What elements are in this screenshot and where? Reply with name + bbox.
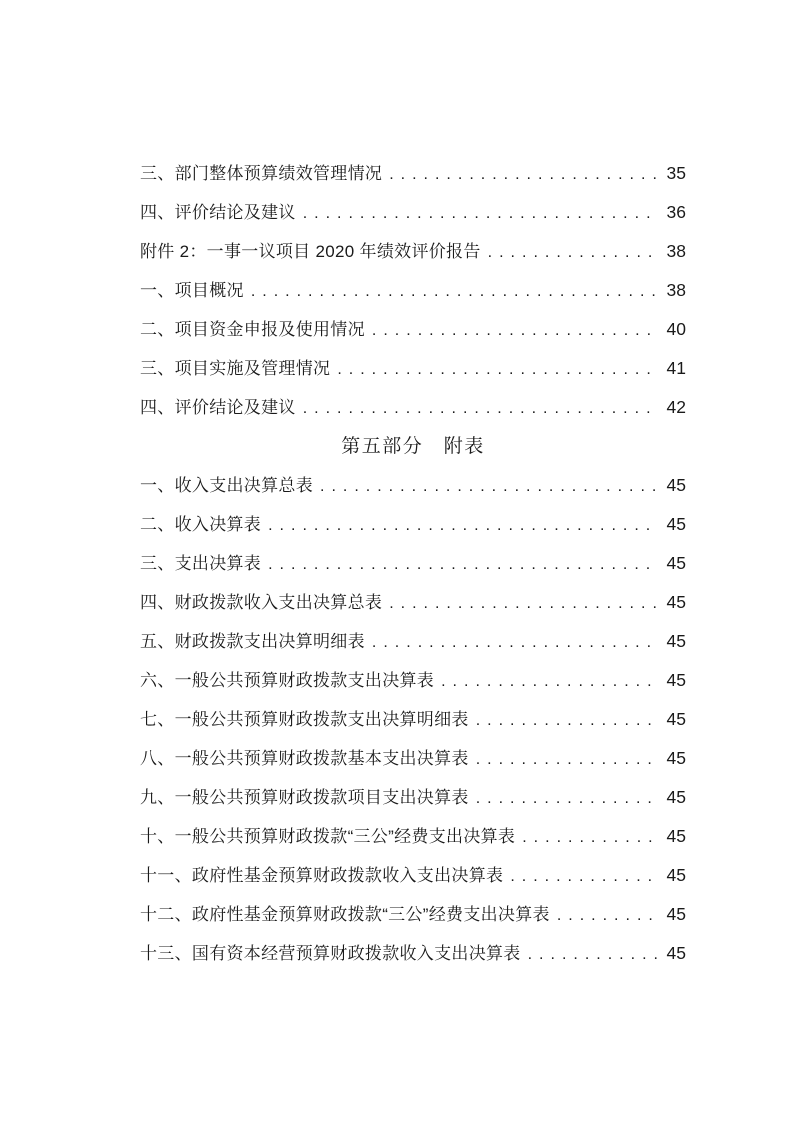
- dot-leader: [303, 194, 657, 233]
- dot-leader: [476, 740, 657, 779]
- toc-entry: 四、评价结论及建议 42: [140, 388, 686, 427]
- toc-entry-page-number: 38: [662, 271, 686, 310]
- toc-entry: 二、项目资金申报及使用情况 40: [140, 310, 686, 349]
- dot-leader: [268, 506, 657, 545]
- dot-leader: [372, 623, 657, 662]
- toc-entry-page-number: 45: [662, 661, 686, 700]
- toc-entry: 四、评价结论及建议 36: [140, 193, 686, 232]
- toc-entry-page-number: 45: [662, 817, 686, 856]
- toc-entry-title: 附件 2：一事一议项目 2020 年绩效评价报告: [140, 232, 481, 271]
- toc-entry-page-number: 35: [662, 154, 686, 193]
- toc-entry: 四、财政拨款收入支出决算总表 45: [140, 583, 686, 622]
- toc-entry-page-number: 45: [662, 739, 686, 778]
- dot-leader: [476, 701, 657, 740]
- toc-entry-title: 四、财政拨款收入支出决算总表: [140, 583, 382, 622]
- toc-entry-page-number: 45: [662, 622, 686, 661]
- toc-entry: 一、收入支出决算总表 45: [140, 466, 686, 505]
- dot-leader: [476, 779, 657, 818]
- toc-entry-page-number: 41: [662, 349, 686, 388]
- toc-entry-page-number: 40: [662, 310, 686, 349]
- dot-leader: [510, 857, 657, 896]
- document-page: 三、部门整体预算绩效管理情况 35 四、评价结论及建议 36 附件 2：一事一议…: [0, 0, 793, 1122]
- dot-leader: [389, 584, 657, 623]
- toc-entry: 七、一般公共预算财政拨款支出决算明细表 45: [140, 700, 686, 739]
- dot-leader: [389, 155, 657, 194]
- toc-entry-page-number: 45: [662, 544, 686, 583]
- toc-entry: 二、收入决算表 45: [140, 505, 686, 544]
- toc-entry-title: 十二、政府性基金预算财政拨款“三公”经费支出决算表: [140, 895, 550, 934]
- toc-entry-page-number: 45: [662, 700, 686, 739]
- toc-entry-title: 一、收入支出决算总表: [140, 466, 313, 505]
- toc-entry-title: 二、项目资金申报及使用情况: [140, 310, 365, 349]
- toc-entry: 九、一般公共预算财政拨款项目支出决算表 45: [140, 778, 686, 817]
- table-of-contents: 三、部门整体预算绩效管理情况 35 四、评价结论及建议 36 附件 2：一事一议…: [140, 154, 686, 973]
- toc-entry-title: 九、一般公共预算财政拨款项目支出决算表: [140, 778, 469, 817]
- toc-entry: 十一、政府性基金预算财政拨款收入支出决算表 45: [140, 856, 686, 895]
- toc-entry: 附件 2：一事一议项目 2020 年绩效评价报告 38: [140, 232, 686, 271]
- toc-entry-page-number: 45: [662, 934, 686, 973]
- dot-leader: [557, 896, 657, 935]
- toc-entry: 五、财政拨款支出决算明细表 45: [140, 622, 686, 661]
- toc-entry-title: 四、评价结论及建议: [140, 193, 296, 232]
- toc-entry-title: 三、支出决算表: [140, 544, 261, 583]
- toc-entry-page-number: 45: [662, 895, 686, 934]
- toc-entry: 三、支出决算表 45: [140, 544, 686, 583]
- toc-entry: 三、项目实施及管理情况 41: [140, 349, 686, 388]
- toc-entry-page-number: 45: [662, 778, 686, 817]
- toc-entry: 六、一般公共预算财政拨款支出决算表 45: [140, 661, 686, 700]
- toc-entry: 一、项目概况 38: [140, 271, 686, 310]
- toc-entry-title: 七、一般公共预算财政拨款支出决算明细表: [140, 700, 469, 739]
- dot-leader: [268, 545, 657, 584]
- toc-entry-title: 四、评价结论及建议: [140, 388, 296, 427]
- toc-entry-page-number: 42: [662, 388, 686, 427]
- toc-entry-page-number: 45: [662, 583, 686, 622]
- dot-leader: [337, 350, 657, 389]
- dot-leader: [441, 662, 657, 701]
- dot-leader: [320, 467, 657, 506]
- toc-entry-page-number: 36: [662, 193, 686, 232]
- toc-entry-page-number: 38: [662, 232, 686, 271]
- dot-leader: [528, 935, 657, 974]
- toc-entry-title: 五、财政拨款支出决算明细表: [140, 622, 365, 661]
- toc-entry-title: 六、一般公共预算财政拨款支出决算表: [140, 661, 434, 700]
- dot-leader: [488, 233, 657, 272]
- toc-entry: 三、部门整体预算绩效管理情况 35: [140, 154, 686, 193]
- dot-leader: [522, 818, 657, 857]
- toc-entry-title: 二、收入决算表: [140, 505, 261, 544]
- dot-leader: [372, 311, 657, 350]
- toc-entry-title: 八、一般公共预算财政拨款基本支出决算表: [140, 739, 469, 778]
- toc-entry-title: 三、项目实施及管理情况: [140, 349, 330, 388]
- toc-entry-title: 十三、国有资本经营预算财政拨款收入支出决算表: [140, 934, 521, 973]
- toc-upper-entries: 三、部门整体预算绩效管理情况 35 四、评价结论及建议 36 附件 2：一事一议…: [140, 154, 686, 427]
- toc-entry: 十、一般公共预算财政拨款“三公”经费支出决算表 45: [140, 817, 686, 856]
- toc-entry-title: 三、部门整体预算绩效管理情况: [140, 154, 382, 193]
- toc-entry-page-number: 45: [662, 856, 686, 895]
- toc-entry-title: 十、一般公共预算财政拨款“三公”经费支出决算表: [140, 817, 515, 856]
- toc-entry: 八、一般公共预算财政拨款基本支出决算表 45: [140, 739, 686, 778]
- toc-entry: 十二、政府性基金预算财政拨款“三公”经费支出决算表 45: [140, 895, 686, 934]
- toc-lower-entries: 一、收入支出决算总表 45 二、收入决算表 45 三、支出决算表 45: [140, 466, 686, 973]
- section-heading: 第五部分 附表: [140, 427, 686, 466]
- dot-leader: [251, 272, 657, 311]
- toc-entry: 十三、国有资本经营预算财政拨款收入支出决算表 45: [140, 934, 686, 973]
- toc-entry-title: 一、项目概况: [140, 271, 244, 310]
- toc-entry-page-number: 45: [662, 505, 686, 544]
- dot-leader: [303, 389, 657, 428]
- toc-entry-page-number: 45: [662, 466, 686, 505]
- toc-entry-title: 十一、政府性基金预算财政拨款收入支出决算表: [140, 856, 503, 895]
